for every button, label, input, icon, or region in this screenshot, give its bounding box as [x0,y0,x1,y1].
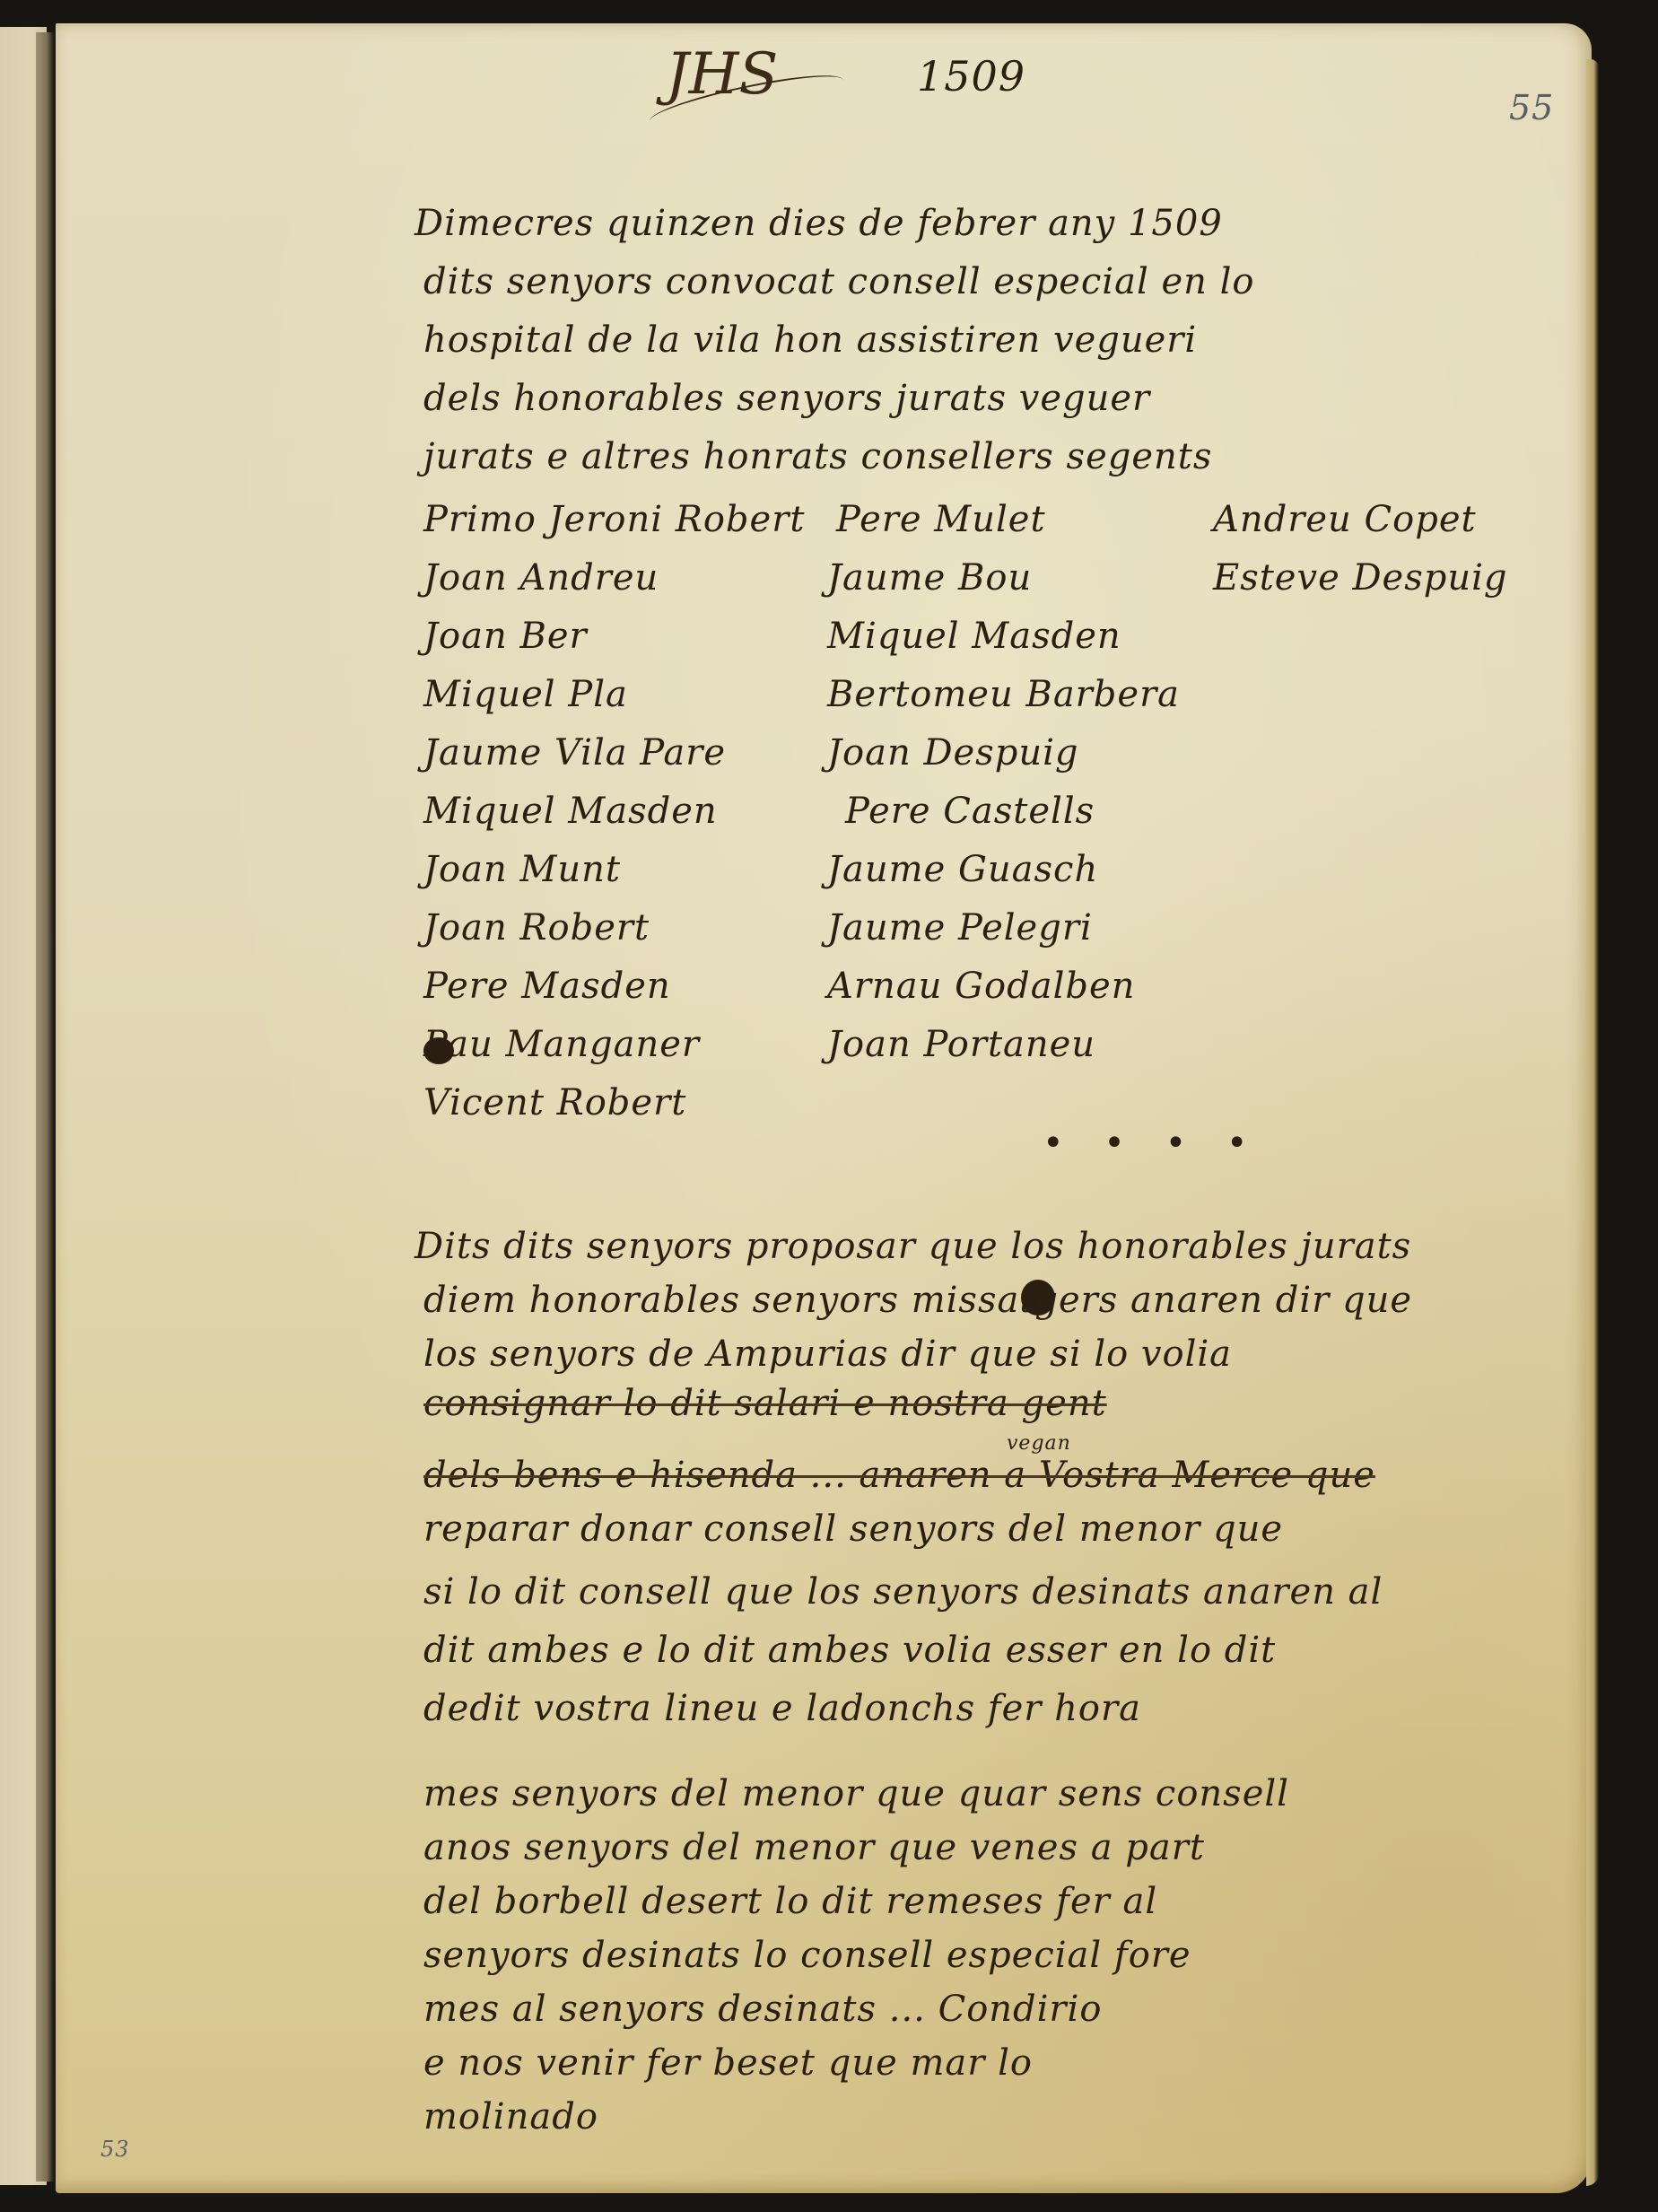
text-line: Dimecres quinzen dies de febrer any 1509 [414,203,1223,244]
attendee-name: Joan Ber [423,616,588,657]
text-line: anos senyors del menor que venes a part [423,1827,1205,1868]
attendee-name: Pau Manganer [423,1024,700,1065]
attendee-name: Andreu Copet [1213,499,1477,540]
attendee-name: Pere Masden [423,966,671,1007]
text-line: mes al senyors desinats ... Condirio [423,1989,1102,2030]
attendee-name: Pere Castells [845,791,1095,832]
text-line: dits senyors convocat consell especial e… [423,261,1254,302]
manuscript-page: JHS 1509 55 Dimecres quinzen dies de feb… [56,23,1592,2193]
attendee-name: Miquel Masden [423,791,718,832]
attendee-name: Miquel Pla [423,674,628,715]
attendee-name: Joan Robert [423,907,650,949]
folio-number: 55 [1509,88,1554,127]
binding-gutter [36,32,56,2181]
attendee-name: Jaume Vila Pare [423,732,726,774]
pencil-annotation: 53 [100,2137,130,2162]
attendee-name: Joan Andreu [423,557,659,599]
text-line: mes senyors del menor que quar sens cons… [423,1773,1289,1814]
struck-text-line: consignar lo dit salari e nostra gent [423,1383,1107,1424]
text-line: dels honorables senyors jurats veguer [423,378,1150,419]
text-line: dit ambes e lo dit ambes volia esser en … [423,1630,1276,1671]
text-line: los senyors de Ampurias dir que si lo vo… [423,1333,1232,1375]
attendee-name: Joan Portaneu [827,1024,1095,1065]
text-line: dedit vostra lineu e ladonchs fer hora [423,1688,1141,1729]
attendee-name: Joan Despuig [827,732,1078,774]
interlinear-insertion: vegan [1007,1432,1071,1455]
struck-text-line: dels bens e hisenda ... anaren a Vostra … [423,1455,1375,1496]
text-line: diem honorables senyors missatgers anare… [423,1280,1412,1321]
attendee-name: Vicent Robert [423,1082,686,1123]
attendee-name: Miquel Masden [827,616,1121,657]
text-line: jurats e altres honrats consellers segen… [423,436,1212,477]
attendee-name: Primo Jeroni Robert [423,499,805,540]
year-heading: 1509 [917,52,1025,101]
text-line: e nos venir fer beset que mar lo [423,2042,1033,2084]
attendee-name: Jaume Bou [827,557,1032,599]
attendee-name: Esteve Despuig [1213,557,1508,599]
ink-blot [423,1037,454,1064]
text-line: si lo dit consell que los senyors desina… [423,1571,1383,1613]
attendee-name: Joan Munt [423,849,621,890]
attendee-name: Bertomeu Barbera [827,674,1180,715]
attendee-name: Pere Mulet [836,499,1046,540]
attendee-name: Jaume Guasch [827,849,1098,890]
text-line: reparar donar consell senyors del menor … [423,1508,1283,1550]
text-line: del borbell desert lo dit remeses fer al [423,1881,1157,1922]
section-divider: • • • • [1043,1123,1262,1164]
text-line: molinado [423,2096,598,2138]
attendee-name: Jaume Pelegri [827,907,1093,949]
attendee-name: Arnau Godalben [827,966,1135,1007]
text-line: senyors desinats lo consell especial for… [423,1935,1191,1976]
page-deckled-edge [1586,59,1599,2186]
text-line: Dits dits senyors proposar que los honor… [414,1226,1411,1267]
text-line: hospital de la vila hon assistiren vegue… [423,319,1197,361]
